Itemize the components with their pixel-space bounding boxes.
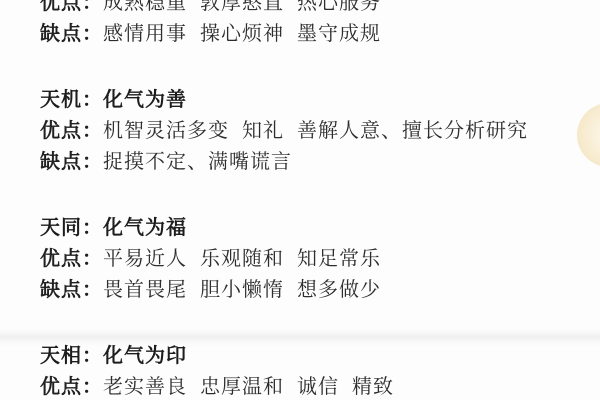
star-section-partial: 优点：成熟稳重 敦厚憨直 热心服务 缺点：感情用事 操心烦神 墨守成规 [40,0,600,50]
pros-text: 成熟稳重 敦厚憨直 热心服务 [103,0,381,14]
cons-line: 缺点：畏首畏尾 胆小懒惰 想多做少 [40,275,600,306]
star-name: 天同： [40,217,103,239]
pros-label: 优点： [40,248,103,270]
star-epithet: 化气为善 [103,89,187,111]
star-section-tianji: 天机：化气为善 优点：机智灵活多变 知礼 善解人意、擅长分析研究 缺点：捉摸不定… [40,85,600,178]
star-section-tianxiang: 天相：化气为印 优点：老实善良 忠厚温和 诚信 精致 [40,341,600,400]
pros-text: 平易近人 乐观随和 知足常乐 [103,248,381,270]
pros-line: 优点：机智灵活多变 知礼 善解人意、擅长分析研究 [40,116,600,147]
star-name: 天相： [40,345,103,367]
star-section-tiantong: 天同：化气为福 优点：平易近人 乐观随和 知足常乐 缺点：畏首畏尾 胆小懒惰 想… [40,213,600,306]
section-title: 天同：化气为福 [40,213,600,244]
pros-line: 优点：成熟稳重 敦厚憨直 热心服务 [40,0,600,19]
pros-line: 优点：平易近人 乐观随和 知足常乐 [40,244,600,275]
cons-label: 缺点： [40,151,103,173]
cons-line: 缺点：捉摸不定、满嘴谎言 [40,147,600,178]
cons-label: 缺点： [40,23,103,45]
pros-text: 机智灵活多变 知礼 善解人意、擅长分析研究 [103,120,528,142]
pros-label: 优点： [40,0,103,14]
pros-text: 老实善良 忠厚温和 诚信 精致 [103,376,394,398]
pros-label: 优点： [40,376,103,398]
pros-line: 优点：老实善良 忠厚温和 诚信 精致 [40,372,600,400]
cons-label: 缺点： [40,279,103,301]
cons-text: 捉摸不定、满嘴谎言 [103,151,292,173]
star-epithet: 化气为福 [103,217,187,239]
cons-text: 畏首畏尾 胆小懒惰 想多做少 [103,279,381,301]
star-name: 天机： [40,89,103,111]
star-epithet: 化气为印 [103,345,187,367]
cons-text: 感情用事 操心烦神 墨守成规 [103,23,381,45]
section-title: 天相：化气为印 [40,341,600,372]
section-title: 天机：化气为善 [40,85,600,116]
document-body: 优点：成熟稳重 敦厚憨直 热心服务 缺点：感情用事 操心烦神 墨守成规 天机：化… [0,0,600,400]
pros-label: 优点： [40,120,103,142]
cons-line: 缺点：感情用事 操心烦神 墨守成规 [40,19,600,50]
